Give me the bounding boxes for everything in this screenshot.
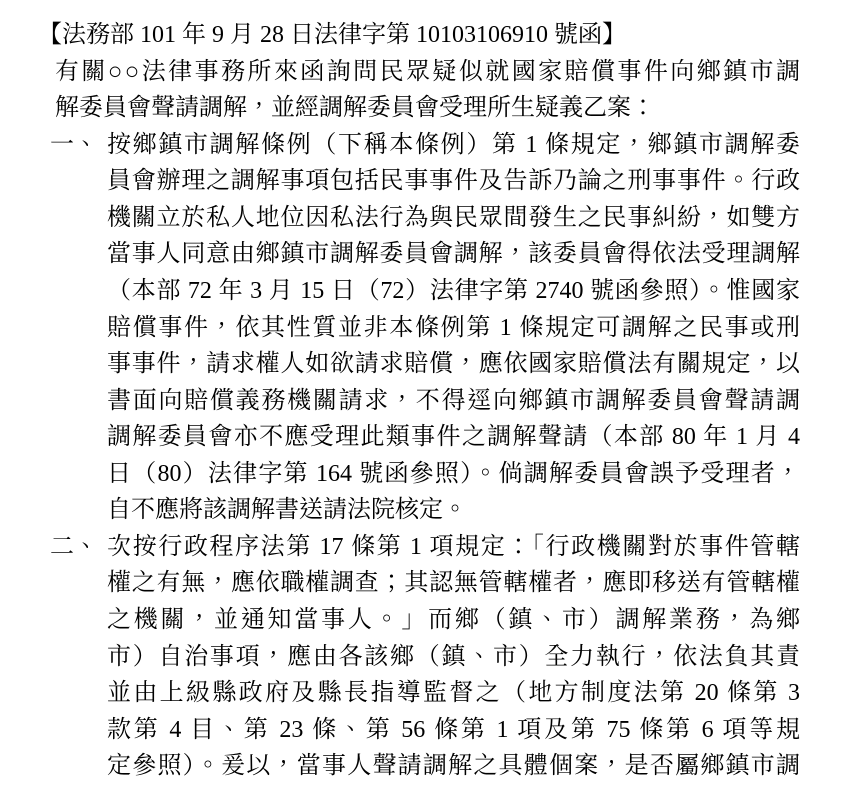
- document-title: 【法務部 101 年 9 月 28 日法律字第 10103106910 號函】: [38, 17, 801, 54]
- text-line: 調解委員會亦不應受理此類事件之調解聲請（本部 80 年 1 月 4: [107, 419, 800, 456]
- item-1-number: 一、: [50, 127, 107, 529]
- text-line: 日（80）法律字第 164 號函參照）。倘調解委員會誤予受理者，: [107, 456, 800, 493]
- item-2-number: 二、: [50, 529, 107, 785]
- list-item-1: 一、 按鄉鎮市調解條例（下稱本條例）第 1 條規定，鄉鎮市調解委 員會辦理之調解…: [50, 127, 800, 529]
- text-line: 並由上級縣政府及縣長指導監督之（地方制度法第 20 條第 3: [107, 675, 800, 712]
- text-line: 款第 4 目、第 23 條、第 56 條第 1 項及第 75 條第 6 項等規: [107, 712, 800, 749]
- intro-line: 解委員會聲請調解，並經調解委員會受理所生疑義乙案：: [55, 90, 800, 127]
- text-line: 權之有無，應依職權調查；其認無管轄權者，應即移送有管轄權: [107, 565, 800, 602]
- text-line: 書面向賠償義務機關請求，不得逕向鄉鎮市調解委員會聲請調解，: [107, 383, 800, 420]
- document-page: 【法務部 101 年 9 月 28 日法律字第 10103106910 號函】 …: [0, 0, 851, 795]
- intro-paragraph: 有關○○法律事務所來函詢問民眾疑似就國家賠償事件向鄉鎮市調 解委員會聲請調解，並…: [55, 54, 800, 127]
- text-line: 之機關，並通知當事人。」而鄉（鎮、市）調解業務，為鄉（鎮、: [107, 602, 800, 639]
- item-1-text: 按鄉鎮市調解條例（下稱本條例）第 1 條規定，鄉鎮市調解委 員會辦理之調解事項包…: [107, 127, 800, 529]
- text-line: 定參照）。爰以，當事人聲請調解之具體個案，是否屬鄉鎮市調: [107, 748, 800, 785]
- text-line: 市）自治事項，應由各該鄉（鎮、市）全力執行，依法負其責任，: [107, 639, 800, 676]
- text-line: 自不應將該調解書送請法院核定。: [107, 492, 800, 529]
- text-line: 員會辦理之調解事項包括民事事件及告訴乃論之刑事事件。行政: [107, 163, 800, 200]
- item-2-text: 次按行政程序法第 17 條第 1 項規定：「行政機關對於事件管轄 權之有無，應依…: [107, 529, 800, 785]
- text-line: 機關立於私人地位因私法行為與民眾間發生之民事糾紛，如雙方: [107, 200, 800, 237]
- text-line: 賠償事件，依其性質並非本條例第 1 條規定可調解之民事或刑: [107, 310, 800, 347]
- list-item-2: 二、 次按行政程序法第 17 條第 1 項規定：「行政機關對於事件管轄 權之有無…: [50, 529, 800, 785]
- text-line: 按鄉鎮市調解條例（下稱本條例）第 1 條規定，鄉鎮市調解委: [107, 127, 800, 164]
- text-line: （本部 72 年 3 月 15 日（72）法律字第 2740 號函參照）。惟國家: [107, 273, 800, 310]
- text-line: 次按行政程序法第 17 條第 1 項規定：「行政機關對於事件管轄: [107, 529, 800, 566]
- intro-line: 有關○○法律事務所來函詢問民眾疑似就國家賠償事件向鄉鎮市調: [55, 54, 800, 91]
- text-line: 當事人同意由鄉鎮市調解委員會調解，該委員會得依法受理調解: [107, 236, 800, 273]
- text-line: 事事件，請求權人如欲請求賠償，應依國家賠償法有關規定，以: [107, 346, 800, 383]
